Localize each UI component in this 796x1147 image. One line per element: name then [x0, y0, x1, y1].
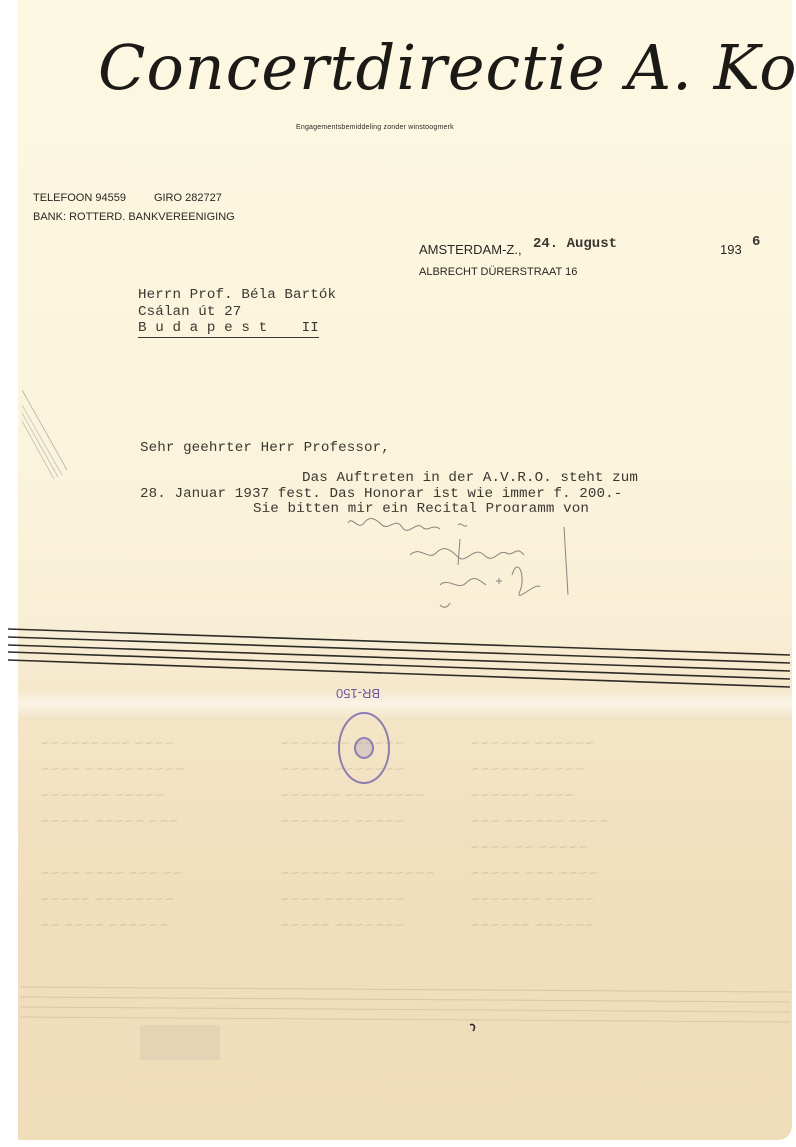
contact-line-1: TELEFOON 94559GIRO 282727: [33, 192, 222, 204]
recipient-name: Herrn Prof. Béla Bartók: [138, 287, 336, 303]
place: AMSTERDAM-Z.,: [419, 242, 522, 257]
folded-corner-lines: [22, 385, 72, 485]
recipient-street: Csálan út 27: [138, 304, 241, 320]
salutation: Sehr geehrter Herr Professor,: [140, 440, 390, 456]
street-address: ALBRECHT DÜRERSTRAAT 16: [419, 266, 577, 278]
giro: GIRO 282727: [154, 192, 222, 204]
archive-stamp: [338, 712, 390, 784]
bank-line: BANK: ROTTERD. BANKVEREENIGING: [33, 211, 235, 223]
date-day-month: 24. August: [533, 236, 617, 252]
telephone: TELEFOON 94559: [33, 192, 126, 204]
paper-fold: [18, 690, 792, 720]
letter-line-2: 28. Januar 1937 fest. Das Honorar ist wi…: [140, 486, 622, 502]
bleed-through-text: ~~~~~~ ~~~~~~ ~~~~~~~ ~~~~~ ~~~~~ ~~~ ~~…: [470, 730, 608, 938]
recipient-city: B u d a p e s t II: [138, 320, 319, 338]
company-logo: Concertdirectie A. Kossar: [98, 22, 678, 114]
year-digit: 6: [752, 234, 760, 250]
bleed-through-text: ~~ ~~~~ ~~~~~~ ~~~~~ ~~~~~~~~ ~~~~ ~~~~ …: [40, 730, 185, 938]
letterhead-tagline: Engagementsbemiddeling zonder winstoogme…: [296, 124, 454, 131]
archive-code: BR-150: [336, 686, 380, 701]
year-prefix: 193: [720, 242, 742, 257]
stamp-emblem-icon: [354, 737, 374, 759]
handwritten-note: [340, 515, 580, 615]
letter-line-1: Das Auftreten in der A.V.R.O. steht zum: [302, 470, 638, 486]
